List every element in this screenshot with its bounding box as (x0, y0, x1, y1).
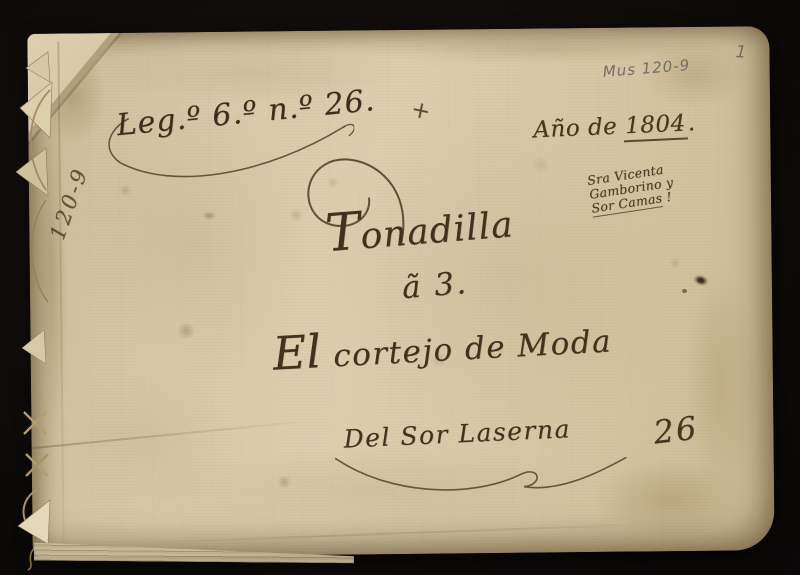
work-title: Elcortejo de Moda (272, 312, 613, 377)
genre-rest: onadilla (359, 204, 515, 257)
ink-dot (682, 289, 687, 293)
cross-mark: + (409, 96, 433, 125)
year-prefix: Año de (533, 114, 618, 144)
ink-smudge (202, 211, 216, 220)
photograph-background: Leg.º 6.º n.º 26. + Año de1804. Mus 120-… (0, 0, 800, 575)
manuscript-cover-page: Leg.º 6.º n.º 26. + Año de1804. Mus 120-… (27, 26, 774, 558)
voices-count: ã 3. (401, 265, 470, 306)
pencil-folio-number: 1 (735, 42, 747, 63)
genre-title: Tonadilla (324, 196, 515, 260)
cast-note: Sra Vicenta Gamborino y Sor Camas ! (586, 161, 676, 215)
title-rest: cortejo de Moda (332, 323, 613, 374)
crease-bottom (153, 522, 673, 543)
cast-exclamation: ! (665, 189, 673, 205)
item-number: 26 (651, 409, 700, 452)
genre-initial: T (323, 202, 362, 265)
year-value: 1804 (623, 110, 689, 142)
author-flourish (328, 448, 639, 503)
ink-blot (692, 273, 711, 288)
year-period: . (687, 110, 696, 136)
composer-attribution: Del Sor Laserna (343, 414, 572, 453)
year-inscription: Año de1804. (533, 110, 696, 143)
binding-stitching (6, 30, 70, 575)
legajo-number: Leg.º 6.º n.º 26. (115, 83, 377, 143)
pencil-shelfmark: Mus 120-9 (602, 56, 691, 81)
title-article: El (271, 324, 322, 381)
